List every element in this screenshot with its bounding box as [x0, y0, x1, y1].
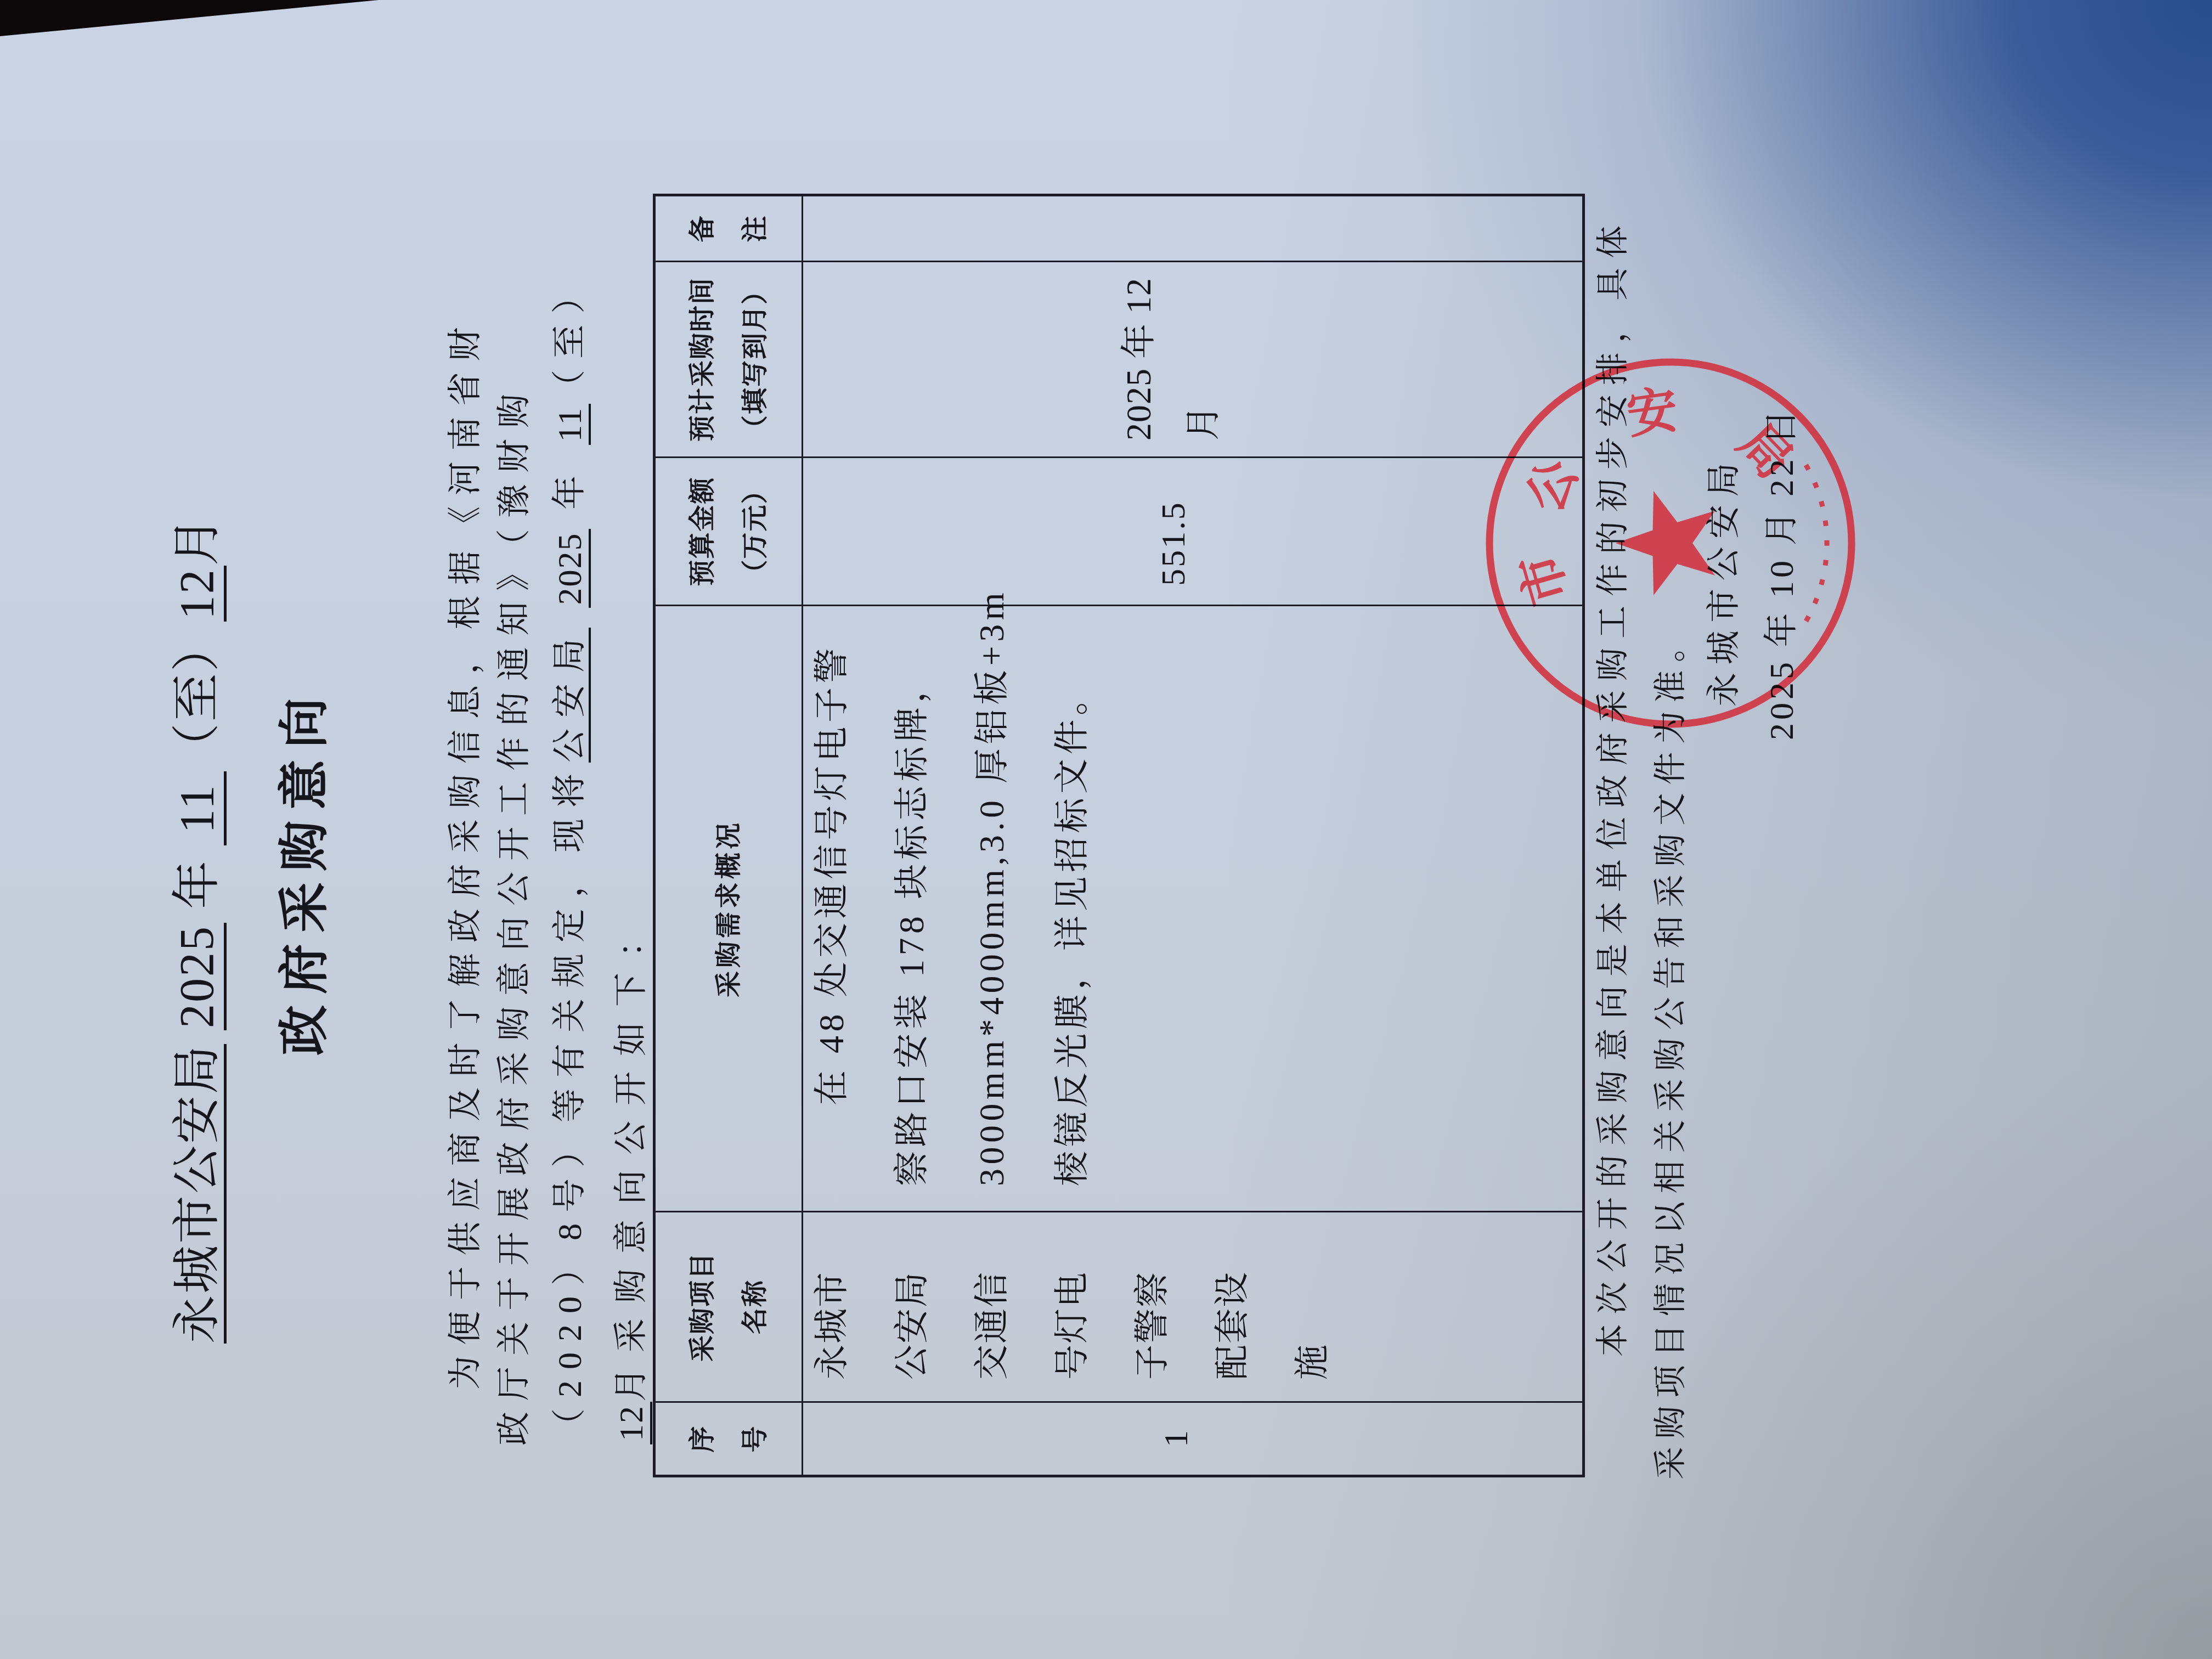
seal-char: 公	[1515, 450, 1590, 521]
intro-to: （至）	[551, 269, 589, 404]
cell-project-name: 永城市公安局交通信号灯电子警察配套设施	[803, 1212, 1584, 1402]
intro-line-4: 12月采购意向公开如下：	[610, 908, 653, 1444]
header-project-name: 采购项目名称	[654, 1212, 803, 1402]
header-planned-time-label: 预计采购时间（填写到月）	[676, 269, 781, 450]
header-index-label: 序号	[676, 1423, 781, 1455]
intro-reference: （2020）8号）等有关规定，现将	[551, 763, 589, 1442]
requirement-line: 棱镜反光膜，详见招标文件。	[1032, 606, 1112, 1186]
title-month-to: 12	[171, 566, 227, 622]
cell-remarks	[803, 195, 1584, 262]
title-agency: 永城市公安局	[171, 1044, 227, 1344]
cell-index: 1	[803, 1402, 1584, 1476]
seal-code-marks	[1799, 465, 1827, 633]
planned-time-text: 2025 年 12 月	[1107, 270, 1235, 441]
procurement-table: 序号 采购项目名称 采购需求概况 预算金额（万元） 预计采购时间（填写到月） 备…	[653, 194, 1585, 1477]
intro-year: 2025	[551, 529, 591, 608]
intro-year-unit: 年	[551, 445, 589, 529]
header-remarks-label: 备注	[676, 212, 781, 245]
intro-space	[551, 608, 589, 628]
title-month-unit: 月	[171, 516, 224, 566]
seal-char: 市	[1509, 547, 1579, 612]
requirement-text: 在 48 处交通信号灯电子警 察路口安装 178 块标志标牌， 3000mm*4…	[792, 606, 1112, 1186]
title-year: 2025	[171, 923, 227, 1030]
requirement-line: 3000mm*4000mm,3.0 厚铝板+3m	[952, 606, 1032, 1186]
table-header-row: 序号 采购项目名称 采购需求概况 预算金额（万元） 预计采购时间（填写到月） 备…	[654, 195, 803, 1476]
header-budget: 预算金额（万元）	[654, 458, 803, 606]
title-month-from: 11	[171, 771, 227, 845]
header-requirement: 采购需求概况	[654, 606, 803, 1212]
star-icon	[1616, 491, 1715, 595]
document-page: 永城市公安局 2025 年 11（至）12月 政府采购意向 为便于供应商及时了解…	[0, 0, 2212, 1659]
intro-line-3: （2020）8号）等有关规定，现将公安局 2025 年 11（至）	[548, 269, 592, 1442]
header-project-name-label: 采购项目名称	[676, 1245, 781, 1369]
official-seal: 市 公 安 局	[1462, 335, 1879, 752]
title-line-1: 永城市公安局 2025 年 11（至）12月	[170, 516, 225, 1344]
title-year-unit: 年	[171, 845, 224, 923]
intro-agency: 公安局	[551, 628, 591, 763]
header-planned-time: 预计采购时间（填写到月）	[654, 262, 803, 458]
requirement-line: 在 48 处交通信号灯电子警	[792, 606, 872, 1186]
intro-closing: 月采购意向公开如下：	[613, 908, 650, 1402]
intro-line-1: 为便于供应商及时了解政府采购信息，根据《河南省财	[444, 317, 488, 1390]
intro-month-to: 12	[613, 1402, 652, 1444]
page-title: 政府采购意向	[274, 687, 335, 1056]
title-space	[171, 1030, 224, 1044]
header-index: 序号	[654, 1402, 803, 1476]
requirement-line: 察路口安装 178 块标志标牌，	[872, 606, 952, 1186]
header-budget-label: 预算金额（万元）	[676, 470, 781, 593]
seal-char: 安	[1623, 380, 1681, 445]
header-remarks: 备注	[654, 195, 803, 262]
title-to: （至）	[171, 622, 224, 771]
intro-month-from: 11	[551, 404, 591, 445]
seal-char: 局	[1727, 413, 1804, 490]
project-name-text: 永城市公安局交通信号灯电子警察配套设施	[792, 1267, 1352, 1380]
intro-line-2: 政厅关于开展政府采购意向公开工作的通知》（豫财购	[493, 383, 537, 1446]
